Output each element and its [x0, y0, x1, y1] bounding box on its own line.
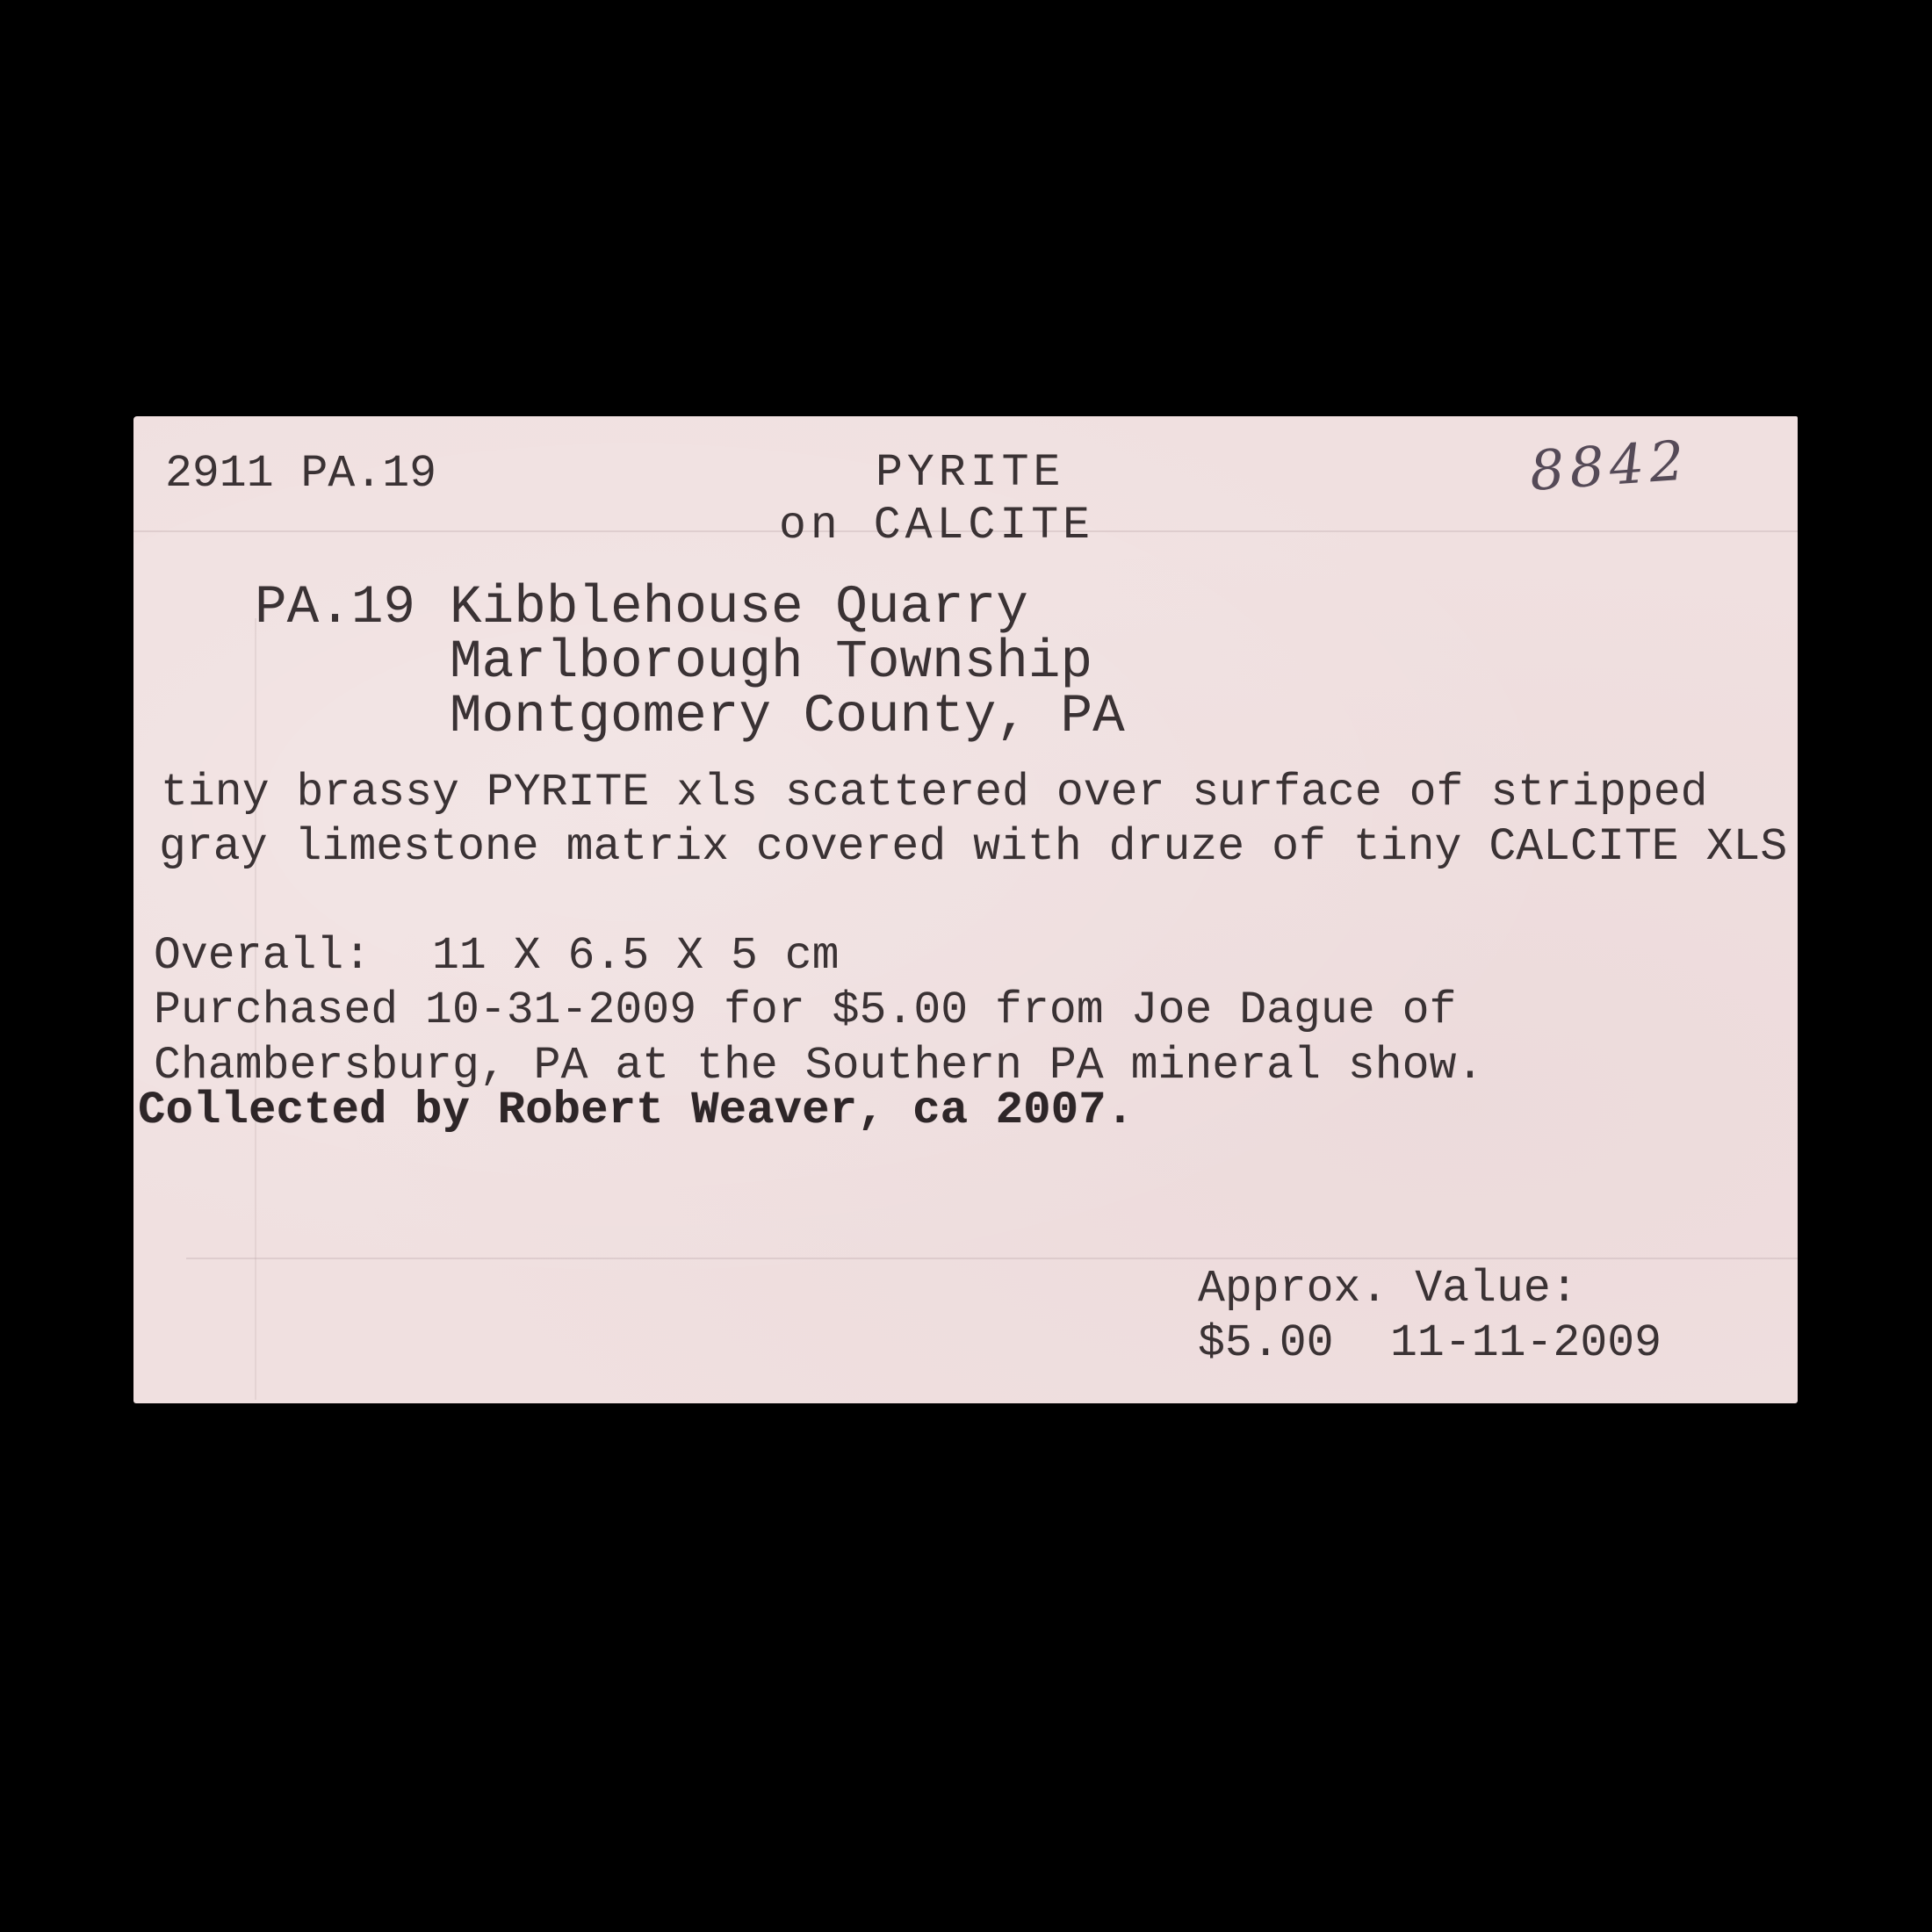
- locality-line-1: Kibblehouse Quarry: [450, 581, 1028, 635]
- catalog-number: 2911 PA.19: [165, 452, 436, 498]
- description-line-2: gray limestone matrix covered with druze…: [159, 825, 1787, 871]
- handwritten-inventory-number: 8842: [1527, 428, 1690, 503]
- approx-value-label: Approx. Value:: [1198, 1267, 1578, 1313]
- approx-value-amount: $5.00: [1198, 1322, 1334, 1367]
- size-label: Overall:: [154, 934, 371, 980]
- provenance-line-2: Chambersburg, PA at the Southern PA mine…: [154, 1044, 1483, 1090]
- locality-line-3: Montgomery County, PA: [450, 690, 1125, 744]
- tape-edge-bottom: [186, 1258, 1798, 1259]
- mineral-title: PYRITE: [876, 451, 1064, 497]
- specimen-label-card: 2911 PA.19 PYRITE on CALCITE 8842 PA.19 …: [133, 416, 1798, 1403]
- size-value: 11 X 6.5 X 5 cm: [432, 934, 840, 980]
- collected-by: Collected by Robert Weaver, ca 2007.: [138, 1088, 1134, 1134]
- locality-line-2: Marlborough Township: [450, 636, 1092, 689]
- provenance-line-1: Purchased 10-31-2009 for $5.00 from Joe …: [154, 989, 1456, 1034]
- description-line-1: tiny brassy PYRITE xls scattered over su…: [161, 771, 1708, 817]
- locality-code: PA.19: [255, 581, 415, 635]
- approx-value-date: 11-11-2009: [1390, 1322, 1662, 1367]
- mineral-subtitle: on CALCITE: [779, 504, 1094, 550]
